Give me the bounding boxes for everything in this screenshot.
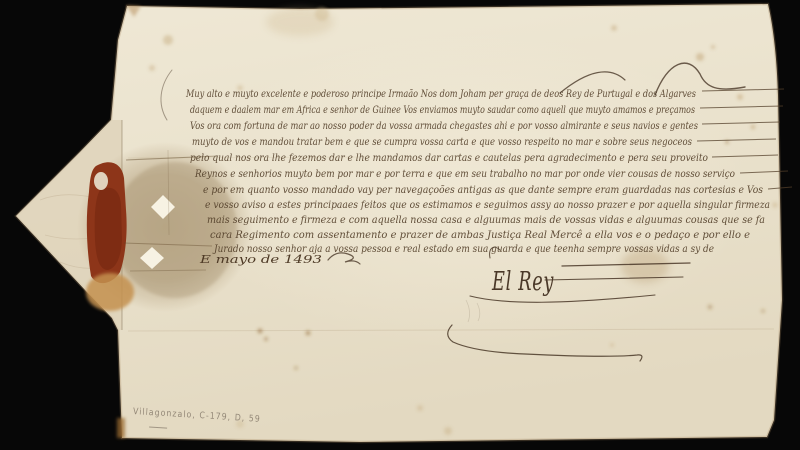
manuscript-line: Reynos e senhorios muyto bem por mar e p… — [194, 168, 735, 180]
photo-background: Muy alto e muyto excelente e poderoso pr… — [0, 0, 800, 450]
manuscript-photo: Muy alto e muyto excelente e poderoso pr… — [0, 0, 800, 450]
manuscript-line: cara Regimento com assentamento e prazer… — [210, 229, 750, 241]
manuscript-line: muyto de vos e mandou tratar bem e que s… — [192, 136, 692, 148]
manuscript-line: mais seguimento e firmeza e com aquella … — [207, 214, 765, 226]
stain-top-center — [266, 8, 334, 36]
wax-highlight — [94, 172, 108, 190]
date-line: E mayo de 1493 — [199, 253, 322, 266]
manuscript-line: e por em quanto vosso mandado vay per na… — [203, 184, 764, 196]
signature-text: El Rey — [491, 267, 554, 297]
manuscript-line: pelo qual nos ora lhe fezemos dar e lhe … — [190, 152, 708, 164]
edge-tear-stain — [117, 418, 125, 438]
manuscript-line: Vos ora com fortuna de mar ao nosso pode… — [190, 120, 698, 132]
wax-seal-lower — [86, 273, 134, 311]
wax-seal-dark — [95, 188, 122, 270]
manuscript-line: e vosso aviso a estes principaaes feitos… — [205, 199, 770, 211]
manuscript-line: daquem e daalem mar em Africa e senhor d… — [190, 104, 695, 116]
manuscript-line: Muy alto e muyto excelente e poderoso pr… — [185, 88, 696, 100]
